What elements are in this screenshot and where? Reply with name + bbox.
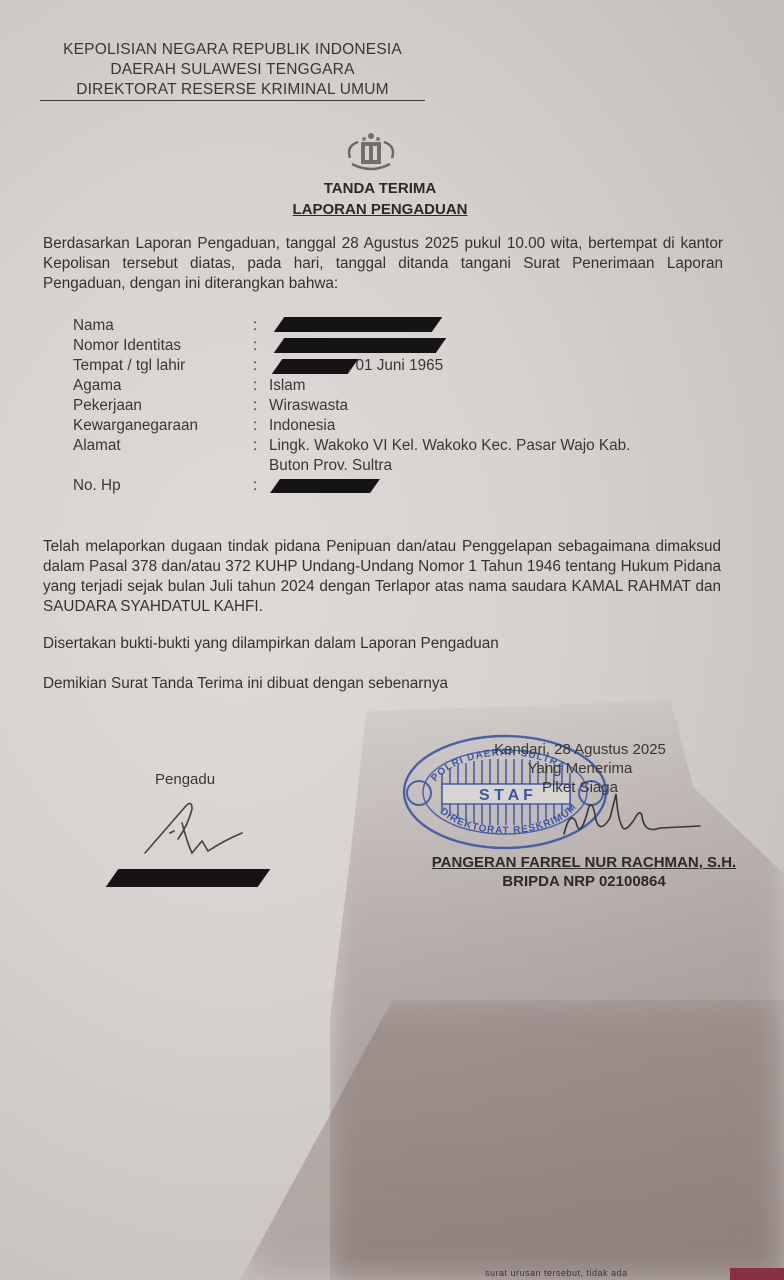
field-value: Lingk. Wakoko VI Kel. Wakoko Kec. Pasar … (269, 436, 709, 476)
complainant-name-redacted (100, 866, 270, 890)
field-label: Pekerjaan (73, 396, 253, 416)
field-row-tempat-tgl-lahir: Tempat / tgl lahir : , 01 Juni 1965 (73, 356, 713, 376)
letterhead-rule (40, 100, 425, 101)
officer-block: PANGERAN FARREL NUR RACHMAN, S.H. BRIPDA… (408, 853, 760, 891)
letterhead-line-1: KEPOLISIAN NEGARA REPUBLIK INDONESIA (40, 40, 425, 60)
redaction-bar (274, 338, 447, 353)
field-row-alamat: Alamat : Lingk. Wakoko VI Kel. Wakoko Ke… (73, 436, 713, 476)
field-label: Kewarganegaraan (73, 416, 253, 436)
bottom-edge-object (730, 1268, 784, 1280)
officer-rank-nrp: BRIPDA NRP 02100864 (408, 872, 760, 891)
place-date: Kendari, 28 Agustus 2025 (460, 740, 700, 759)
field-label: Alamat (73, 436, 253, 476)
field-label: Nomor Identitas (73, 336, 253, 356)
field-colon: : (253, 356, 269, 376)
field-value: , 01 Juni 1965 (269, 356, 709, 376)
field-row-agama: Agama : Islam (73, 376, 713, 396)
field-row-kewarganegaraan: Kewarganegaraan : Indonesia (73, 416, 713, 436)
complainant-label: Pengadu (155, 771, 215, 788)
stamp-bottom-arc: DIREKTORAT RESKRIMUM (438, 801, 580, 836)
redaction-bar (270, 479, 380, 493)
field-colon: : (253, 376, 269, 396)
redaction-bar (272, 359, 359, 374)
field-row-nama: Nama : (73, 316, 713, 336)
field-colon: : (253, 396, 269, 416)
intro-paragraph: Berdasarkan Laporan Pengaduan, tanggal 2… (43, 234, 723, 294)
attachments-note: Disertakan bukti-bukti yang dilampirkan … (43, 634, 643, 654)
officer-name: PANGERAN FARREL NUR RACHMAN, S.H. (408, 853, 760, 872)
complainant-signature (130, 795, 260, 865)
letterhead: KEPOLISIAN NEGARA REPUBLIK INDONESIA DAE… (40, 40, 425, 101)
field-value (269, 476, 709, 496)
letterhead-line-3: DIREKTORAT RESERSE KRIMINAL UMUM (40, 80, 425, 100)
title-line-1: TANDA TERIMA (270, 178, 490, 199)
letterhead-line-2: DAERAH SULAWESI TENGGARA (40, 60, 425, 80)
receiver-role: Yang Menerima (460, 759, 700, 778)
field-label: No. Hp (73, 476, 253, 496)
address-line-1: Lingk. Wakoko VI Kel. Wakoko Kec. Pasar … (269, 436, 709, 456)
field-value (269, 336, 709, 356)
document-title: TANDA TERIMA LAPORAN PENGADUAN (270, 178, 490, 220)
redaction-bar (106, 869, 271, 887)
police-emblem-icon (340, 128, 402, 178)
svg-text:DIREKTORAT RESKRIMUM: DIREKTORAT RESKRIMUM (438, 801, 580, 836)
field-label: Tempat / tgl lahir (73, 356, 253, 376)
field-row-pekerjaan: Pekerjaan : Wiraswasta (73, 396, 713, 416)
complainant-fields: Nama : Nomor Identitas : Tempat / tgl la… (73, 316, 713, 496)
field-colon: : (253, 476, 269, 496)
field-label: Agama (73, 376, 253, 396)
title-line-2: LAPORAN PENGADUAN (270, 199, 490, 220)
field-colon: : (253, 316, 269, 336)
birth-date: , 01 Juni 1965 (347, 356, 443, 376)
field-value: Wiraswasta (269, 396, 709, 416)
field-value: Indonesia (269, 416, 709, 436)
address-line-2: Buton Prov. Sultra (269, 456, 709, 476)
field-colon: : (253, 336, 269, 356)
field-value (269, 316, 709, 336)
redaction-bar (274, 317, 443, 332)
field-row-no-hp: No. Hp : (73, 476, 713, 496)
field-value: Islam (269, 376, 709, 396)
field-row-nomor-identitas: Nomor Identitas : (73, 336, 713, 356)
field-label: Nama (73, 316, 253, 336)
receiver-block: Kendari, 28 Agustus 2025 Yang Menerima P… (460, 740, 700, 797)
closing-statement: Demikian Surat Tanda Terima ini dibuat d… (43, 674, 643, 694)
field-colon: : (253, 416, 269, 436)
receiver-signature (560, 790, 710, 850)
field-colon: : (253, 436, 269, 476)
report-paragraph: Telah melaporkan dugaan tindak pidana Pe… (43, 537, 721, 617)
